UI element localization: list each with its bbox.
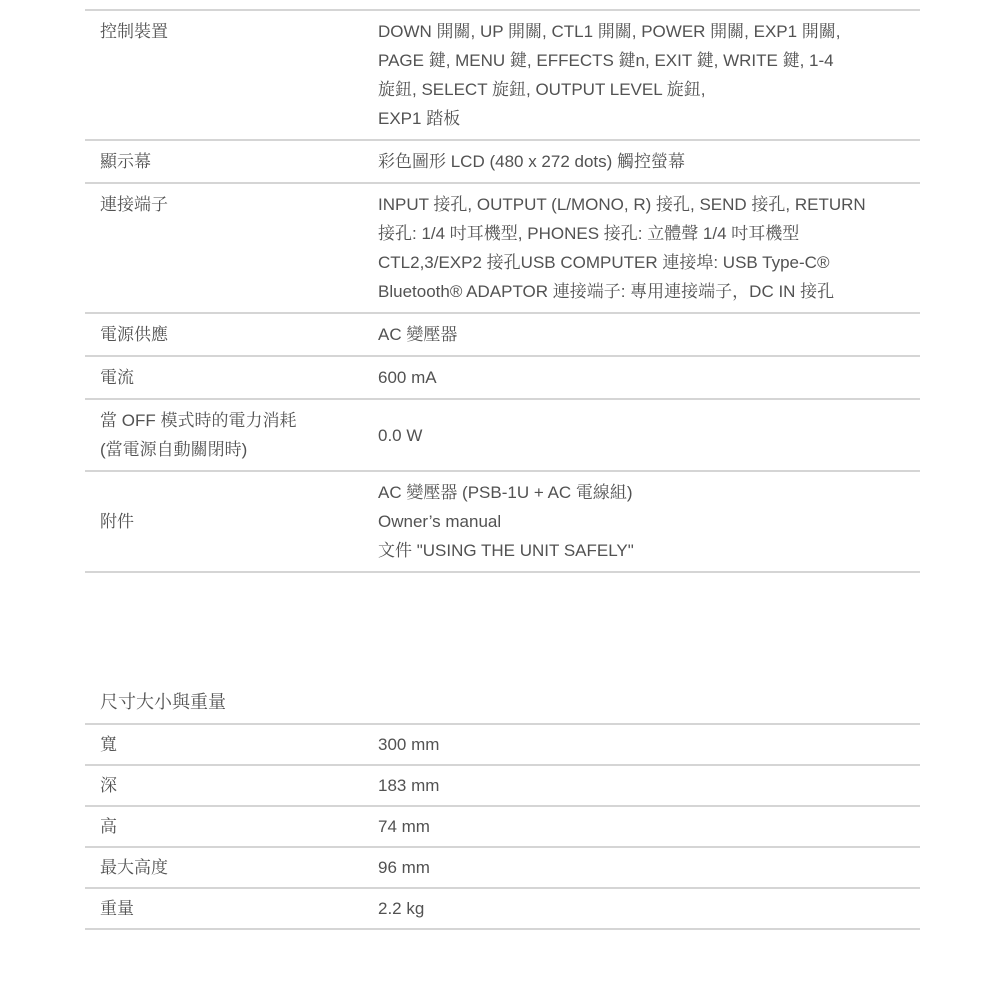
dim-row-weight: 重量 2.2 kg xyxy=(85,887,920,928)
spec-value: 74 mm xyxy=(378,812,920,841)
dim-row-depth: 深 183 mm xyxy=(85,764,920,805)
spec-label: 高 xyxy=(85,812,378,841)
spec-row-current-draw: 電流 600 mA xyxy=(85,355,920,398)
spec-value: 0.0 W xyxy=(378,421,920,450)
spec-label: 連接端子 xyxy=(85,190,378,219)
spec-label: 當 OFF 模式時的電力消耗 (當電源自動關閉時) xyxy=(85,406,378,464)
spec-label: 最大高度 xyxy=(85,853,378,882)
spec-label: 重量 xyxy=(85,894,378,923)
spec-value: 96 mm xyxy=(378,853,920,882)
spec-label: 電源供應 xyxy=(85,320,378,349)
spec-label: 附件 xyxy=(85,507,378,536)
spec-row-off-power-consumption: 當 OFF 模式時的電力消耗 (當電源自動關閉時) 0.0 W xyxy=(85,398,920,470)
dimensions-section: 尺寸大小與重量 寬 300 mm 深 183 mm 高 74 mm 最大高度 9… xyxy=(85,691,920,930)
spec-value: INPUT 接孔, OUTPUT (L/MONO, R) 接孔, SEND 接孔… xyxy=(378,190,920,306)
general-spec-table: 控制裝置 DOWN 開關, UP 開關, CTL1 開關, POWER 開關, … xyxy=(85,9,920,573)
spec-row-display: 顯示幕 彩色圖形 LCD (480 x 272 dots) 觸控螢幕 xyxy=(85,139,920,182)
spec-row-accessories: 附件 AC 變壓器 (PSB-1U + AC 電線組) Owner’s manu… xyxy=(85,470,920,571)
product-spec-page: 控制裝置 DOWN 開關, UP 開關, CTL1 開關, POWER 開關, … xyxy=(85,9,920,930)
spec-label: 深 xyxy=(85,771,378,800)
spec-value: 彩色圖形 LCD (480 x 272 dots) 觸控螢幕 xyxy=(378,147,920,176)
spec-value: 600 mA xyxy=(378,363,920,392)
spec-row-controls: 控制裝置 DOWN 開關, UP 開關, CTL1 開關, POWER 開關, … xyxy=(85,9,920,139)
dimensions-section-title: 尺寸大小與重量 xyxy=(85,691,920,723)
dimensions-table: 寬 300 mm 深 183 mm 高 74 mm 最大高度 96 mm 重量 … xyxy=(85,723,920,930)
spec-value: AC 變壓器 (PSB-1U + AC 電線組) Owner’s manual … xyxy=(378,478,920,565)
dim-row-width: 寬 300 mm xyxy=(85,723,920,764)
spec-row-connectors: 連接端子 INPUT 接孔, OUTPUT (L/MONO, R) 接孔, SE… xyxy=(85,182,920,312)
spec-label: 電流 xyxy=(85,363,378,392)
spec-value: AC 變壓器 xyxy=(378,320,920,349)
spec-value: 300 mm xyxy=(378,730,920,759)
spec-value: 2.2 kg xyxy=(378,894,920,923)
spec-label: 寬 xyxy=(85,730,378,759)
dim-row-max-height: 最大高度 96 mm xyxy=(85,846,920,887)
spec-value: DOWN 開關, UP 開關, CTL1 開關, POWER 開關, EXP1 … xyxy=(378,17,920,133)
spec-value: 183 mm xyxy=(378,771,920,800)
spec-label: 顯示幕 xyxy=(85,147,378,176)
spec-label: 控制裝置 xyxy=(85,17,378,46)
dim-row-height: 高 74 mm xyxy=(85,805,920,846)
spec-row-power-supply: 電源供應 AC 變壓器 xyxy=(85,312,920,355)
